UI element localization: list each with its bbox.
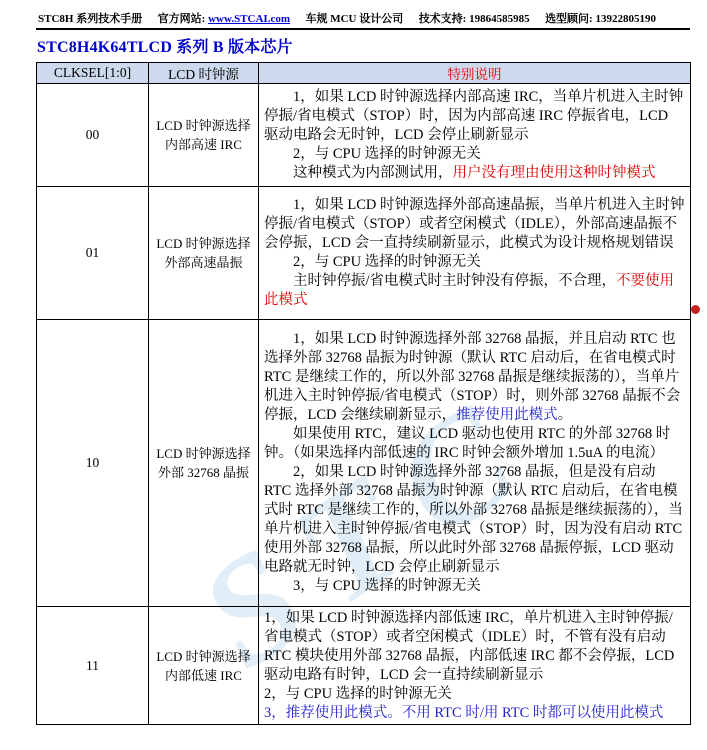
column-header-clksel: CLKSEL[1:0] bbox=[37, 63, 149, 84]
special-note-cell: 1，如果 LCD 时钟源选择内部低速 IRC，单片机进入主时钟停振/省电模式（S… bbox=[259, 607, 691, 725]
website: 官方网站: www.STCAI.com bbox=[158, 10, 290, 26]
clock-source-line: 外部 32768 晶振 bbox=[149, 463, 258, 482]
note-text: 主时钟停振/省电模式时主时钟没有停振，不合理， bbox=[293, 273, 616, 289]
website-label: 官方网站: bbox=[158, 13, 206, 25]
note-paragraph: 2，与 CPU 选择的时钟源无关 bbox=[264, 145, 685, 164]
clock-source-line: 内部高速 IRC bbox=[149, 135, 258, 154]
clksel-table: CLKSEL[1:0] LCD 时钟源 特别说明 00LCD 时钟源选择内部高速… bbox=[36, 62, 691, 725]
clksel-value: 00 bbox=[37, 84, 149, 187]
clock-source-line: 外部高速晶振 bbox=[149, 253, 258, 272]
note-paragraph: 1，如果 LCD 时钟源选择外部高速晶振，当单片机进入主时钟停振/省电模式（ST… bbox=[264, 196, 685, 253]
special-note-cell: 1，如果 LCD 时钟源选择内部高速 IRC，当单片机进入主时钟停振/省电模式（… bbox=[259, 84, 691, 187]
note-paragraph: 2，与 CPU 选择的时钟源无关 bbox=[264, 685, 685, 704]
clock-source-line: LCD 时钟源选择 bbox=[149, 116, 258, 135]
note-text: 推荐使用此模式 bbox=[456, 407, 558, 423]
note-paragraph: 1，如果 LCD 时钟源选择内部低速 IRC，单片机进入主时钟停振/省电模式（S… bbox=[264, 609, 685, 685]
clock-source-line: 内部低速 IRC bbox=[149, 666, 258, 685]
table-row: 10LCD 时钟源选择外部 32768 晶振1，如果 LCD 时钟源选择外部 3… bbox=[37, 320, 691, 607]
table-row: 11LCD 时钟源选择内部低速 IRC1，如果 LCD 时钟源选择内部低速 IR… bbox=[37, 607, 691, 725]
note-text: 1，如果 LCD 时钟源选择外部高速晶振，当单片机进入主时钟停振/省电模式（ST… bbox=[264, 197, 685, 251]
column-header-lcd-clock-source: LCD 时钟源 bbox=[149, 63, 259, 84]
clock-source-cell: LCD 时钟源选择外部高速晶振 bbox=[149, 187, 259, 320]
clock-source-cell: LCD 时钟源选择内部低速 IRC bbox=[149, 607, 259, 725]
clksel-value: 01 bbox=[37, 187, 149, 320]
manual-name: STC8H 系列技术手册 bbox=[38, 10, 142, 26]
page: STC STC8H 系列技术手册 官方网站: www.STCAI.com 车规 … bbox=[0, 0, 707, 750]
note-paragraph: 3，推荐使用此模式。不用 RTC 时/用 RTC 时都可以使用此模式 bbox=[264, 704, 685, 723]
note-paragraph: 这种模式为内部测试用，用户没有理由使用这种时钟模式 bbox=[264, 164, 685, 183]
note-text: 2，与 CPU 选择的时钟源无关 bbox=[264, 686, 452, 702]
note-text: 。 bbox=[558, 407, 573, 423]
clksel-value: 10 bbox=[37, 320, 149, 607]
clock-source-cell: LCD 时钟源选择内部高速 IRC bbox=[149, 84, 259, 187]
clock-source-line: LCD 时钟源选择 bbox=[149, 647, 258, 666]
note-paragraph: 主时钟停振/省电模式时主时钟没有停振，不合理，不要使用此模式 bbox=[264, 272, 685, 310]
column-header-special-note: 特别说明 bbox=[259, 63, 691, 84]
clock-source-line: LCD 时钟源选择 bbox=[149, 444, 258, 463]
tech-support: 技术支持: 19864585985 bbox=[419, 10, 530, 26]
note-text: 2，如果 LCD 时钟源选择外部 32768 晶振，但是没有启动 RTC 选择外… bbox=[264, 464, 683, 575]
page-marker-dot bbox=[691, 305, 700, 314]
special-note-cell: 1，如果 LCD 时钟源选择外部 32768 晶振，并且启动 RTC 也选择外部… bbox=[259, 320, 691, 607]
note-paragraph: 2，与 CPU 选择的时钟源无关 bbox=[264, 253, 685, 272]
table-row: 00LCD 时钟源选择内部高速 IRC1，如果 LCD 时钟源选择内部高速 IR… bbox=[37, 84, 691, 187]
table-row: 01LCD 时钟源选择外部高速晶振1，如果 LCD 时钟源选择外部高速晶振，当单… bbox=[37, 187, 691, 320]
clksel-value: 11 bbox=[37, 607, 149, 725]
clock-source-line: LCD 时钟源选择 bbox=[149, 234, 258, 253]
note-text: 1，如果 LCD 时钟源选择内部低速 IRC，单片机进入主时钟停振/省电模式（S… bbox=[264, 610, 674, 683]
note-paragraph: 3，与 CPU 选择的时钟源无关 bbox=[264, 577, 685, 596]
note-paragraph: 2，如果 LCD 时钟源选择外部 32768 晶振，但是没有启动 RTC 选择外… bbox=[264, 463, 685, 577]
table-body: 00LCD 时钟源选择内部高速 IRC1，如果 LCD 时钟源选择内部高速 IR… bbox=[37, 84, 691, 725]
selection-advisor-label: 选型顾问: bbox=[545, 13, 593, 25]
note-paragraph: 1，如果 LCD 时钟源选择外部 32768 晶振，并且启动 RTC 也选择外部… bbox=[264, 330, 685, 425]
website-link[interactable]: www.STCAI.com bbox=[208, 13, 290, 25]
clock-source-cell: LCD 时钟源选择外部 32768 晶振 bbox=[149, 320, 259, 607]
page-title: STC8H4K64TLCD 系列 B 版本芯片 bbox=[37, 34, 293, 57]
note-text: 2，与 CPU 选择的时钟源无关 bbox=[293, 146, 481, 162]
note-text: 这种模式为内部测试用， bbox=[293, 165, 453, 181]
note-text: 3，与 CPU 选择的时钟源无关 bbox=[293, 578, 481, 594]
page-header: STC8H 系列技术手册 官方网站: www.STCAI.com 车规 MCU … bbox=[38, 10, 656, 26]
note-text: 3，推荐使用此模式。不用 RTC 时/用 RTC 时都可以使用此模式 bbox=[264, 705, 663, 721]
company-name: 车规 MCU 设计公司 bbox=[305, 10, 403, 26]
table-header-row: CLKSEL[1:0] LCD 时钟源 特别说明 bbox=[37, 63, 691, 84]
tech-support-label: 技术支持: bbox=[419, 13, 467, 25]
note-paragraph: 1，如果 LCD 时钟源选择内部高速 IRC，当单片机进入主时钟停振/省电模式（… bbox=[264, 88, 685, 145]
note-paragraph: 如果使用 RTC，建议 LCD 驱动也使用 RTC 的外部 32768 时钟。（… bbox=[264, 425, 685, 463]
special-note-cell: 1，如果 LCD 时钟源选择外部高速晶振，当单片机进入主时钟停振/省电模式（ST… bbox=[259, 187, 691, 320]
header-divider bbox=[36, 28, 690, 30]
tech-support-phone: 19864585985 bbox=[469, 13, 530, 25]
selection-advisor: 选型顾问: 13922805190 bbox=[545, 10, 656, 26]
note-text: 1，如果 LCD 时钟源选择内部高速 IRC，当单片机进入主时钟停振/省电模式（… bbox=[264, 89, 683, 143]
note-text: 如果使用 RTC，建议 LCD 驱动也使用 RTC 的外部 32768 时钟。（… bbox=[264, 426, 670, 461]
note-text: 用户没有理由使用这种时钟模式 bbox=[453, 165, 656, 181]
selection-advisor-phone: 13922805190 bbox=[595, 13, 656, 25]
note-text: 2，与 CPU 选择的时钟源无关 bbox=[293, 254, 481, 270]
